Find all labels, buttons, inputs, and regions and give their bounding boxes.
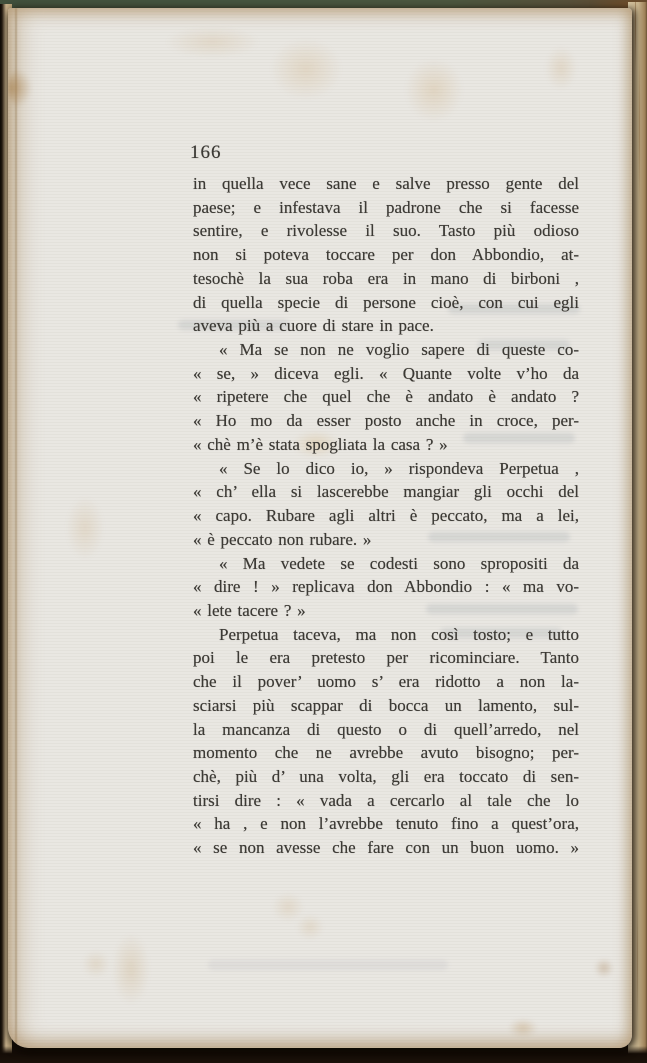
text-line: « dire ! » replicava don Abbondio : « ma…: [193, 575, 579, 599]
stain: [545, 46, 577, 90]
text-line: chè, più d’ una volta, gli era toccato d…: [193, 765, 579, 789]
book-board-bottom: [0, 1046, 647, 1063]
text-line: paese; e infestava il padrone che si fac…: [193, 196, 579, 220]
text-line: non si poteva toccare per don Abbondio, …: [193, 243, 579, 267]
text-line: « ch’ ella si lascerebbe mangiar gli occ…: [193, 480, 579, 504]
book-page: 166 in quella vece sane e salve presso g…: [8, 8, 632, 1048]
text-line: « ha , e non l’avrebbe tenuto fino a que…: [193, 812, 579, 836]
text-line: la mancanza di questo o di quell’arredo,…: [193, 718, 579, 742]
text-line: « se non avesse che fare con un buon uom…: [193, 836, 579, 860]
text-line: « se, » diceva egli. « Quante volte v’ho…: [193, 362, 579, 386]
text-line: « chè m’è stata spogliata la casa ? »: [193, 433, 579, 457]
text-line: « è peccato non rubare. »: [193, 528, 579, 552]
stain: [508, 1018, 538, 1038]
text-line: momento che ne avrebbe avuto bisogno; pe…: [193, 741, 579, 765]
stain: [594, 958, 614, 978]
stain: [405, 58, 463, 122]
stain: [8, 68, 32, 108]
stain: [270, 38, 342, 100]
text-block: in quella vece sane e salve presso gente…: [193, 172, 579, 860]
text-line: in quella vece sane e salve presso gente…: [193, 172, 579, 196]
text-line: sciarsi più scappar di bocca un lamento,…: [193, 694, 579, 718]
text-line: « ripetere che quel che è andato è andat…: [193, 385, 579, 409]
stain: [66, 496, 104, 560]
text-line: tesochè la sua roba era in mano di birbo…: [193, 267, 579, 291]
stain: [165, 26, 260, 58]
gutter-crease: [15, 8, 17, 1048]
text-line: « Ma vedete se codesti sono spropositi d…: [193, 552, 579, 576]
book-photo: 166 in quella vece sane e salve presso g…: [0, 0, 647, 1063]
text-line: aveva più a cuore di stare in pace.: [193, 314, 579, 338]
text-line: « Se lo dico io, » rispondeva Perpetua ,: [193, 457, 579, 481]
text-line: « Ma se non ne voglio sapere di queste c…: [193, 338, 579, 362]
show-through-text: [208, 960, 448, 970]
stain: [82, 950, 110, 978]
text-line: poi le era pretesto per ricominciare. Ta…: [193, 646, 579, 670]
text-line: sentire, e rivolesse il suo. Tasto più o…: [193, 219, 579, 243]
stain: [296, 914, 324, 940]
stain: [112, 933, 150, 1005]
text-line: di quella specie di persone cioè, con cu…: [193, 291, 579, 315]
text-line: « lete tacere ? »: [193, 599, 579, 623]
page-number: 166: [190, 142, 222, 164]
text-line: « capo. Rubare agli altri è peccato, ma …: [193, 504, 579, 528]
text-line: Perpetua taceva, ma non così tosto; e tu…: [193, 623, 579, 647]
stain: [272, 892, 304, 922]
text-line: tirsi dire : « vada a cercarlo al tale c…: [193, 789, 579, 813]
text-line: che il pover’ uomo s’ era ridotto a non …: [193, 670, 579, 694]
text-line: « Ho mo da esser posto anche in croce, p…: [193, 409, 579, 433]
